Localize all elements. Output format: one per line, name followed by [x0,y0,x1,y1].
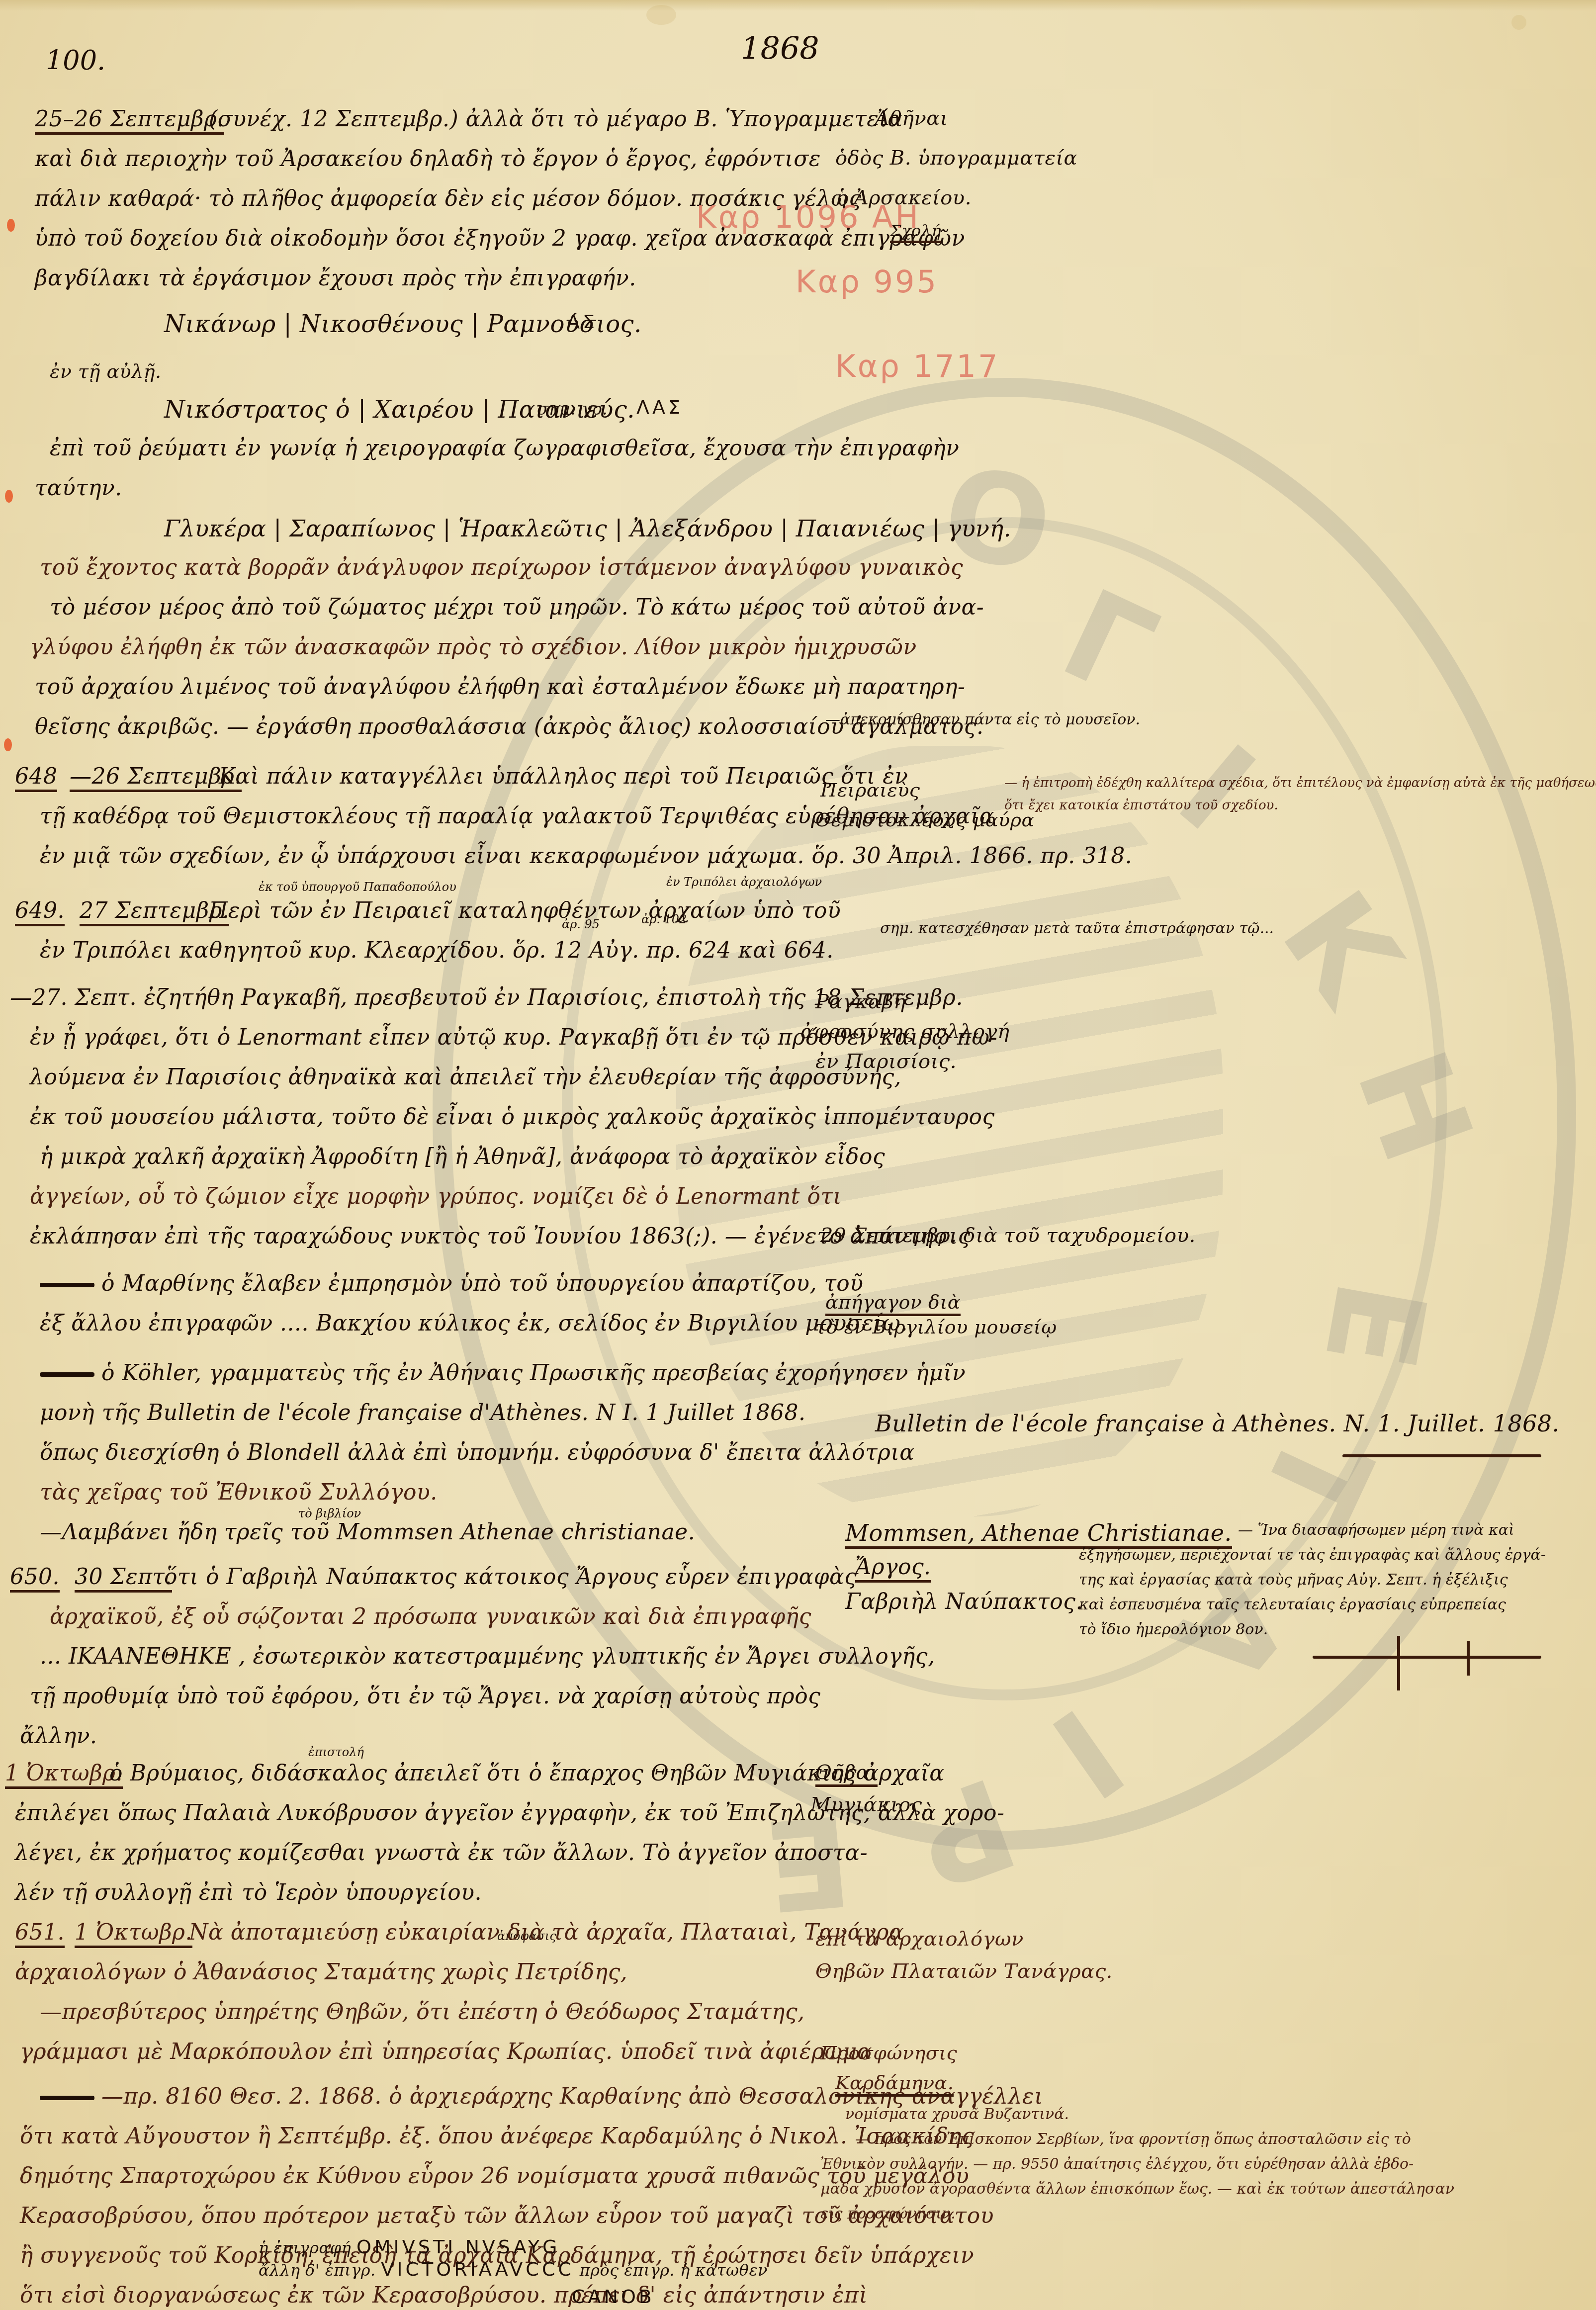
inscription-suffix: πρὸς ἐπιγρ. ἡ κάτωθεν [580,2261,768,2280]
inscription-text: Γλυκέρα | Σαραπίωνος | Ἡρακλεῶτις | Ἀλεξ… [164,517,1011,540]
entry-line: ταύτην. [35,477,122,499]
margin-note: ἀπήγαγον διὰ [825,1293,961,1316]
margin-note: ἐπὶ τὰ ἀρχαιολόγων [815,1929,1024,1949]
inscription-prefix: σημ. γρ. [537,401,608,418]
entry-number: 650. [10,1566,60,1593]
entry-number: 649. [15,900,65,926]
margin-note: ἀφροσύνης συλλογή [800,1022,1009,1042]
entry-text: ὁ Μαρθίνης ἔλαβεν ἐμπρησμὸν ὑπὸ τοῦ ὑπου… [101,1271,864,1296]
margin-note: ἐν Παρισίοις. [815,1052,957,1071]
entry-date: 27 Σεπτεμβρ. [80,900,229,926]
inscription-prefix: ἄλλη δ' ἐπιγρ. [259,2261,376,2280]
margin-note: ὅτι ἔχει κατοικία ἐπιστάτου τοῦ σχεδίου. [1004,798,1278,813]
entry-line: μονὴ τῆς Bulletin de l'école française d… [40,1402,805,1424]
entry-line: ἐπὶ τοῦ ῥεύματι ἐν γωνίᾳ ἡ χειρογραφία ζ… [50,438,960,459]
entry-line: ἀρχαιολόγων ὁ Ἀθανάσιος Σταμάτης χωρὶς Π… [15,1961,627,1983]
page-number: 100. [46,45,105,76]
entry-line: ἀγγείων, οὗ τὸ ζώμιον εἶχε μορφὴν γρύπος… [30,1186,842,1208]
margin-note: Θῆβαι [815,1763,878,1787]
inscription-mark: ΛΑΣ [636,398,683,417]
margin-note: Σχολή [890,223,941,243]
entry-line: ἡ μικρὰ χαλκῆ ἀρχαϊκὴ Ἀφροδίτη [ἢ ἡ Ἀθην… [40,1146,885,1168]
entry-line: ὁ Μαρθίνης ἔλαβεν ἐμπρησμὸν ὑπὸ τοῦ ὑπου… [40,1273,864,1295]
margin-note: Προσφώνησις [820,2043,957,2062]
margin-note: 29 Σεπτεμβρ. διὰ τοῦ ταχυδρομείου. [820,1226,1196,1245]
margin-note: — Ἵνα διασαφήσωμεν μέρη τινὰ καὶ [1238,1521,1514,1539]
entry-date: 25–26 Σεπτεμβρ. [35,108,224,135]
superscript-ref: ἀρ. 102 [641,912,687,926]
margin-note: σημ. κατεσχέθησαν μετὰ ταῦτα ἐπιστράφησα… [880,920,1274,937]
margin-note: Πειραιεὺς [820,781,920,800]
margin-note: Καρδάμηνα. [835,2073,954,2097]
entry-date: 1 Ὀκτωβρ. [75,1922,192,1948]
entry-date: 30 Σεπτ. [75,1566,172,1593]
entry-line: καὶ διὰ περιοχὴν τοῦ Ἀρσακείου δηλαδὴ τὸ… [35,148,821,170]
entry-date: 1 Ὀκτωβρ. [5,1763,123,1789]
page-year: 1868 [741,30,819,66]
separator-rule [1313,1656,1541,1659]
paper-stain [646,5,676,25]
superscript-note: ἐκ τοῦ ὑπουργοῦ Παπαδοπούλου [259,880,456,894]
margin-note: Θεμιστοκλέους μαύρα [815,810,1035,829]
margin-note: Θηβῶν Πλαταιῶν Τανάγρας. [815,1961,1113,1981]
latin-inscription: CANOB [572,2287,655,2306]
margin-note: Ἀθῆναι [875,108,948,128]
margin-note: Γαβριὴλ Ναύπακτος. [845,1591,1083,1613]
entry-line: Νὰ ἀποταμιεύσῃ εὐκαιρίαν διὰ τὰ ἀρχαῖα, … [189,1922,904,1944]
entry-line: ... IKAANEΘHKE , ἐσωτερικὸν κατεστραμμέν… [40,1646,935,1668]
rule-tick [1397,1636,1400,1690]
margin-note: Ἄργος. [855,1556,931,1583]
entry-date: —26 Σεπτεμβρ. [70,766,242,792]
margin-note: ἐξηγήσωμεν, περιέχονταί τε τὰς ἐπιγραφὰς… [1079,1546,1546,1564]
inscription-prefix: ἡ ἐπιγραφή [259,2238,351,2257]
entry-line: ἐν Τριπόλει καθηγητοῦ κυρ. Κλεαρχίδου. ὅ… [40,940,834,962]
margin-note: καὶ ἐσπευσμένα ταῖς τελευταίαις ἐργασίαι… [1079,1596,1506,1613]
entry-line: ἐκ τοῦ μουσείου μάλιστα, τοῦτο δὲ εἶναι … [30,1106,995,1128]
entry-line: λέγει, ἐκ χρήματος κομίζεσθαι γνωστὰ ἐκ … [15,1842,868,1864]
red-pencil-note: Καρ 995 [796,264,938,300]
entry-line: βαγδίλακι τὰ ἐργάσιμον ἔχουσι πρὸς τὴν ἐ… [35,267,636,289]
red-pencil-note: Καρ 1717 [835,348,999,384]
margin-note: — πρὸς τὸν Ἐπίσκοπον Σερβίων, ἵνα φροντί… [855,2131,1411,2148]
entry-line: λούμενα ἐν Παρισίοις ἀθηναϊκὰ καὶ ἀπειλε… [30,1066,901,1088]
red-margin-mark [4,738,12,751]
red-margin-mark [5,490,13,503]
margin-note: μάδα χρυσίον ἀγορασθέντα ἄλλων ἐπισκόπων… [820,2180,1454,2198]
entry-line: γλύφου ἐλήφθη ἐκ τῶν ἀνασκαφῶν πρὸς τὸ σ… [30,636,917,658]
entry-line: ὁ Köhler, γραμματεὺς τῆς ἐν Ἀθήναις Πρωσ… [40,1362,966,1384]
margin-note: νομίσματα χρυσᾶ Βυζαντινά. [845,2106,1069,2123]
entry-line: ὅτι ὁ Γαβριὴλ Ναύπακτος κάτοικος Ἄργους … [164,1566,857,1588]
margin-note: Μυγιάκιος. [810,1795,929,1815]
entry-dash [40,1283,94,1287]
entry-line: τὰς χεῖρας τοῦ Ἐθνικοῦ Συλλόγου. [40,1482,438,1504]
entry-line: τὸ μέσον μέρος ἀπὸ τοῦ ζώματος μέχρι τοῦ… [50,597,984,619]
margin-note: Ραγκαβῆ [815,992,906,1012]
entry-line: γράμμασι μὲ Μαρκόπουλον ἐπὶ ὑπηρεσίας Κρ… [20,2041,872,2063]
margin-mommsen-title: Mommsen, Athenae Christianae. [845,1521,1232,1549]
rule-tick [1467,1641,1470,1676]
margin-note: τὸ ἴδιο ἡμερολόγιον 8ον. [1079,1621,1268,1638]
red-margin-mark [7,219,15,232]
entry-line: τοῦ ἔχοντος κατὰ βορρᾶν ἀνάγλυφον περίχω… [40,557,963,579]
margin-note: Ἐθνικὸν συλλογήν. — πρ. 9550 ἀπαίτησις ἐ… [820,2155,1414,2173]
superscript-note: ἐν Τριπόλει ἀρχαιολόγων [666,875,822,889]
latin-inscription: OMIVSTI NVSAYG [356,2236,560,2258]
entry-line: ἄλλην. [20,1725,97,1747]
entry-line: τοῦ ἀρχαίου λιμένος τοῦ ἀναγλύφου ἐλήφθη… [35,676,965,698]
entry-line: ὅτι κατὰ Αὔγουστον ἢ Σεπτέμβρ. ἐξ. ὅπου … [20,2126,974,2147]
margin-note: εἰς προσφώνησιν. [820,2205,956,2222]
entry-dash [40,1372,94,1377]
inscription-line: ἄλλη δ' ἐπιγρ. VICTORIAAVCCC πρὸς ἐπιγρ.… [259,2260,768,2279]
entry-line: ἀρχαϊκοῦ, ἐξ οὗ σῴζονται 2 πρόσωπα γυναι… [50,1606,811,1628]
entry-dash [40,2096,94,2100]
entry-number: 651. [15,1922,65,1948]
margin-note: — ἡ ἐπιτροπὴ ἐδέχθη καλλίτερα σχέδια, ὅτ… [1004,776,1596,791]
entry-line: —Λαμβάνει ἤδη τρεῖς τοῦ Mommsen Athenae … [40,1521,695,1543]
entry-date: —27. Σεπτ. [10,985,137,1010]
margin-note: ὁδὸς Β. ὑπογραμματεία [835,148,1077,168]
margin-note: της καὶ ἐργασίας κατὰ τοὺς μῆνας Αὐγ. Σε… [1079,1571,1507,1589]
manuscript-page: Ο Γ Ι Κ Η Ε Τ Α Ι Ρ Ε 100. 1868 25–26 Σε… [0,0,1596,2310]
margin-note: ἡ Ἀρσακείου. [835,188,972,208]
entry-aside: ἐν τῇ αὐλῇ. [50,362,162,381]
entry-number: 648 [15,766,57,792]
entry-line: ἐξ ἄλλου ἐπιγραφῶν .... Βακχίου κύλικος … [40,1313,908,1334]
superscript-note: ἐπιστολή [308,1745,364,1759]
entry-line: Περὶ τῶν ἐν Πειραιεῖ καταληφθέντων ἀρχαί… [209,900,841,922]
entry-text: ὁ Köhler, γραμματεὺς τῆς ἐν Ἀθήναις Πρωσ… [101,1360,966,1386]
entry-line: (συνέχ. 12 Σεπτεμβρ.) ἀλλὰ ὅτι τὸ μέγαρο… [209,108,902,130]
entry-line: —πρεσβύτερος ὑπηρέτης Θηβῶν, ὅτι ἐπέστη … [40,2001,805,2023]
entry-line: Καὶ πάλιν καταγγέλλει ὑπάλληλος περὶ τοῦ… [219,766,908,788]
latin-inscription: VICTORIAAVCCC [381,2258,574,2280]
margin-note: τὸ ἐν Βιργιλίου μουσείῳ [815,1318,1057,1336]
entry-line: ὅτι εἰσὶ διοργανώσεως ἐκ τῶν Κερασοβρύσο… [20,2285,868,2307]
superscript-ref: ἀρ. 95 [562,917,600,931]
entry-line: ὅπως διεσχίσθη ὁ Blondell ἀλλὰ ἐπὶ ὑπομν… [40,1442,914,1464]
entry-line: τῇ προθυμίᾳ ὑπὸ τοῦ ἐφόρου, ὅτι ἐν τῷ Ἄρ… [30,1686,820,1707]
inscription-line: ἡ ἐπιγραφή OMIVSTI NVSAYG [259,2237,560,2256]
paper-stain [1511,15,1526,30]
page-top-edge [0,0,1596,11]
entry-line: ἐν μιᾷ τῶν σχεδίων, ἐν ᾧ ὑπάρχουσι εἶναι… [40,845,1132,867]
separator-rule [1342,1454,1541,1457]
superscript-note: τὸ βιβλίον [298,1507,361,1520]
margin-note: —ἀπεκομίσθησαν πάντα εἰς τὸ μουσεῖον. [825,711,1140,728]
inscription-mark: ΑΣ [567,312,598,331]
entry-line: λέν τῇ συλλογῇ ἐπὶ τὸ Ἱερὸν ὑπουργείου. [15,1882,482,1904]
margin-bulletin-title: Bulletin de l'école française à Athènes.… [875,1412,1560,1435]
